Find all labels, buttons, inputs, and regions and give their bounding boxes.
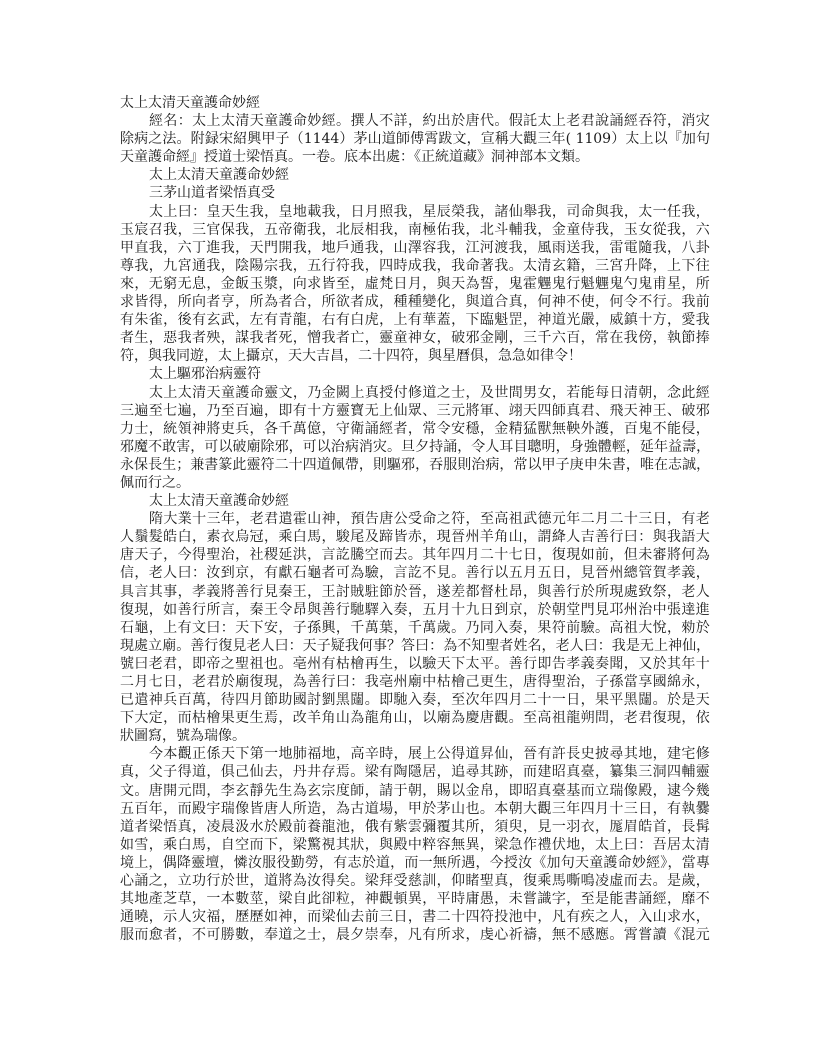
text-line: 今本觀正係天下第一地肺福地，高辛時，展上公得道昇仙，晉有許長史披尋其地，建宅修 xyxy=(120,745,710,763)
section-heading: 太上太清天童護命妙經 xyxy=(120,492,710,510)
text-line: 隋大業十三年，老君遣霍山神，預告唐公受命之符，至高祖武德元年二月二十三日，有老 xyxy=(120,510,710,528)
text-line: 服而愈者，不可勝數，奉道之士，晨夕崇奉，凡有所求，虔心祈禱，無不感應。霄嘗讀《混… xyxy=(120,926,710,944)
text-line: 甲直我，六丁進我，天門開我，地戶通我，山澤容我，江河渡我，風雨送我，雷電隨我，八… xyxy=(120,239,710,257)
text-line: 石龜，上有文曰：天下安，子孫興，千萬葉，千萬歲。乃同入奏，果符前驗。高祖大悅，勑… xyxy=(120,619,710,637)
intro-line: 經名：太上太清天童護命妙經。撰人不詳，約出於唐代。假託太上老君說誦經吞符，消灾 xyxy=(120,112,710,130)
text-line: 五百年，而殿宇瑞像皆唐人所造，為古道場，甲於茅山也。本朝大觀三年四月十三日，有執… xyxy=(120,800,710,818)
text-line: 玉宸召我，三官保我，五帝衛我，北辰相我，南極佑我，北斗輔我，金童侍我，玉女從我，… xyxy=(120,221,710,239)
text-line: 二月七日，老君於廟復現，為善行曰：我亳州廟中枯檜己更生，唐得聖治，子孫當享國綿永… xyxy=(120,673,710,691)
text-line: 道者梁悟真，凌晨汲水於殿前養龍池，俄有紫雲彌覆其所，須臾，見一羽衣，厖眉皓首，長… xyxy=(120,818,710,836)
text-line: 現處立廟。善行復見老人曰：天子疑我何事？答曰：為不知聖者姓名，老人曰：我是无上神… xyxy=(120,637,710,655)
text-line: 符，與我同遊，太上攝京，天大吉昌，二十四符，與星曆俱，急急如律令！ xyxy=(120,347,710,365)
text-line: 心誦之，立功行於世，道將為汝得矣。梁拜受慈訓，仰睹聖真，復乘馬嘶鳴凌虛而去。是歲… xyxy=(120,872,710,890)
text-line: 復現，如善行所言，秦王令昂與善行馳驛入奏，五月十九日到京，於朝堂門見邛州治中張達… xyxy=(120,601,710,619)
section-1-paragraph: 太上曰：皇天生我，皇地載我，日月照我，星辰榮我，諸仙舉我，司命與我，太一任我， … xyxy=(120,203,710,366)
section-3-paragraph: 隋大業十三年，老君遣霍山神，預告唐公受命之符，至高祖武德元年二月二十三日，有老 … xyxy=(120,510,710,745)
text-line: 通曉，示人灾福，歷歷如神，而梁仙去前三日，書二十四符投池中，凡有疾之人，入山求水… xyxy=(120,908,710,926)
section-2-paragraph: 太上太清天童護命靈文，乃金闕上真授付修道之士，及世間男女，若能每日清朝，念此經 … xyxy=(120,384,710,493)
text-line: 太上太清天童護命靈文，乃金闕上真授付修道之士，及世間男女，若能每日清朝，念此經 xyxy=(120,384,710,402)
text-line: 狀圖寫，號為瑞像。 xyxy=(120,727,710,745)
document-page: 太上太清天童護命妙經 經名：太上太清天童護命妙經。撰人不詳，約出於唐代。假託太上… xyxy=(120,94,710,944)
text-line: 具言其事，孝義將善行見秦王，王討賊駐節於晉，遂差都督杜昂，與善行於所現處致祭，老… xyxy=(120,583,710,601)
text-line: 唐天子，今得聖治，社稷延洪，言訖騰空而去。其年四月二十七日，復現如前，但未審將何… xyxy=(120,546,710,564)
intro-line: 除病之法。附録宋紹興甲子（1144）茅山道師傅霄跋文，宣稱大觀三年( 1109）… xyxy=(120,130,710,148)
text-line: 如雪，乘白馬，自空而下，梁驚視其狀，與殿中粹容無異，梁急作禮伏地，太上曰：吾居太… xyxy=(120,836,710,854)
text-line: 力士，統領神將吏兵，各千萬億，守衛誦經者，常令安穩，金精猛獸無鞅外護，百鬼不能侵… xyxy=(120,420,710,438)
text-line: 求皆得，所向者亨，所為者合，所欲者成，種種變化，與道合真，何神不使，何令不行。我… xyxy=(120,293,710,311)
scripture-title: 太上太清天童護命妙經 xyxy=(120,166,710,184)
text-line: 境上，偶降靈壇，憐汝服役勤勞，有志於道，而一無所遇，今授汝《加句天童護命妙經》，… xyxy=(120,854,710,872)
text-line: 佩而行之。 xyxy=(120,474,710,492)
text-line: 邪魔不敢害，可以破廟除邪，可以治病消灾。旦夕持誦，令人耳目聰明，身強體輕，延年益… xyxy=(120,438,710,456)
text-line: 真，父子得道，俱己仙去，丹井存焉。梁有陶隱居，追尋其跡，而建昭真臺，纂集三洞四輔… xyxy=(120,763,710,781)
section-4-paragraph: 今本觀正係天下第一地肺福地，高辛時，展上公得道昇仙，晉有許長史披尋其地，建宅修 … xyxy=(120,745,710,944)
text-line: 尊我，九宮通我，陰陽宗我，五行符我，四時成我，我命著我。太清玄籍，三宮升降，上下… xyxy=(120,257,710,275)
text-line: 有朱雀，後有玄武，左有青龍，右有白虎，上有華蓋，下臨魁罡，神道光嚴，威鎮十方，愛… xyxy=(120,311,710,329)
section-heading: 太上驅邪治病靈符 xyxy=(120,365,710,383)
intro-paragraph: 經名：太上太清天童護命妙經。撰人不詳，約出於唐代。假託太上老君說誦經吞符，消灾 … xyxy=(120,112,710,166)
text-line: 下大定，而枯檜果更生焉，改羊角山為龍角山，以廟為慶唐觀。至高祖龍朔問，老君復現，… xyxy=(120,709,710,727)
recipient-line: 三茅山道者梁悟真受 xyxy=(120,184,710,202)
text-line: 信，老人曰：汝到京，有獻石龜者可為驗，言訖不見。善行以五月五日，見晉州總管賀孝義… xyxy=(120,564,710,582)
text-line: 其地產芝草，一本數莖，梁自此卻粒，神觀頓異，平時庸愚，未嘗識字，至是能書誦經，靡… xyxy=(120,890,710,908)
text-line: 太上曰：皇天生我，皇地載我，日月照我，星辰榮我，諸仙舉我，司命與我，太一任我， xyxy=(120,203,710,221)
text-line: 文。唐開元問，李玄靜先生為玄宗度師，請于朝，賜以金帛，即昭真臺基而立瑞像殿，逮今… xyxy=(120,782,710,800)
text-line: 來，无窮无息，金飯玉漿，向求皆至，虛梵日月，與天為誓，鬼霍魓鬼行魁魓鬼勺鬼甫星，… xyxy=(120,275,710,293)
text-line: 三遍至七遍，乃至百遍，即有十方靈寶无上仙眾、三元將軍、翊天四師真君、飛天神王、破… xyxy=(120,402,710,420)
text-line: 人鬚髮皓白，素衣烏冠，乘白馬，駿尾及蹄皆赤，現晉州羊角山，謂絳人吉善行曰：與我語… xyxy=(120,528,710,546)
text-line: 已遣神兵百萬，待四月節助國討劉黑闥。即馳入奏，至次年四月二十一日，果平黑闥。於是… xyxy=(120,691,710,709)
text-line: 者生，惡我者殃，謀我者死，憎我者亡，靈童神女，破邪金剛，三千六百，常在我傍，執節… xyxy=(120,329,710,347)
text-line: 號曰老君，即帝之聖祖也。亳州有枯檜再生，以驗天下太平。善行即告孝義奏聞，又於其年… xyxy=(120,655,710,673)
text-line: 永保長生；兼書篆此靈符二十四道佩帶，則驅邪，吞服則治病，常以甲子庚申朱書，唯在志… xyxy=(120,456,710,474)
intro-line: 天童護命經』授道士梁悟真。一卷。底本出處：《正統道藏》洞神部本文類。 xyxy=(120,148,710,166)
document-title: 太上太清天童護命妙經 xyxy=(120,94,710,112)
